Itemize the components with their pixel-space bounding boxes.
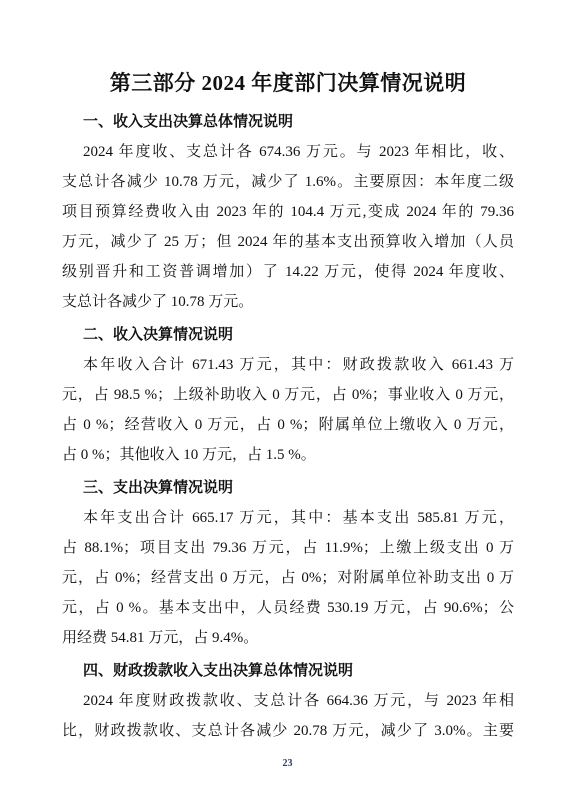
text-line: 支总计各减少了 10.78 万元。 bbox=[62, 287, 514, 317]
text-line: 用经费 54.81 万元，占 9.4%。 bbox=[62, 623, 514, 653]
text-line: 万元，减少了 25 万；但 2024 年的基本支出预算收入增加（人员 bbox=[62, 227, 514, 257]
section-heading: 三、支出决算情况说明 bbox=[62, 473, 514, 503]
text-line: 项目预算经费收入由 2023 年的 104.4 万元,变成 2024 年的 79… bbox=[62, 197, 514, 227]
text-line: 占 0 %；经营收入 0 万元，占 0 %；附属单位上缴收入 0 万元， bbox=[62, 410, 514, 440]
document-body: 第三部分 2024 年度部门决算情况说明 一、收入支出决算总体情况说明2024 … bbox=[62, 64, 514, 746]
text-line: 本年收入合计 671.43 万元，其中：财政拨款收入 661.43 万 bbox=[62, 350, 514, 380]
section-heading: 二、收入决算情况说明 bbox=[62, 320, 514, 350]
text-line: 元，占 0%；经营支出 0 万元，占 0%；对附属单位补助支出 0 万 bbox=[62, 563, 514, 593]
sections-container: 一、收入支出决算总体情况说明2024 年度收、支总计各 674.36 万元。与 … bbox=[62, 107, 514, 746]
text-line: 支总计各减少 10.78 万元，减少了 1.6%。主要原因：本年度二级 bbox=[62, 167, 514, 197]
page-number: 23 bbox=[0, 756, 575, 772]
page-title: 第三部分 2024 年度部门决算情况说明 bbox=[62, 64, 514, 102]
section-heading: 一、收入支出决算总体情况说明 bbox=[62, 107, 514, 137]
text-line: 占 88.1%；项目支出 79.36 万元，占 11.9%；上缴上级支出 0 万 bbox=[62, 533, 514, 563]
text-line: 2024 年度财政拨款收、支总计各 664.36 万元，与 2023 年相 bbox=[62, 686, 514, 716]
text-line: 比，财政拨款收、支总计各减少 20.78 万元，减少了 3.0%。主要 bbox=[62, 716, 514, 746]
text-line: 元，占 98.5 %；上级补助收入 0 万元，占 0%；事业收入 0 万元， bbox=[62, 380, 514, 410]
text-line: 本年支出合计 665.17 万元，其中：基本支出 585.81 万元， bbox=[62, 503, 514, 533]
text-line: 级别晋升和工资普调增加）了 14.22 万元，使得 2024 年度收、 bbox=[62, 257, 514, 287]
text-line: 元，占 0 %。基本支出中，人员经费 530.19 万元，占 90.6%；公 bbox=[62, 593, 514, 623]
document-page: 第三部分 2024 年度部门决算情况说明 一、收入支出决算总体情况说明2024 … bbox=[0, 0, 575, 801]
text-line: 2024 年度收、支总计各 674.36 万元。与 2023 年相比，收、 bbox=[62, 137, 514, 167]
section-heading: 四、财政拨款收入支出决算总体情况说明 bbox=[62, 656, 514, 686]
text-line: 占 0 %；其他收入 10 万元，占 1.5 %。 bbox=[62, 440, 514, 470]
